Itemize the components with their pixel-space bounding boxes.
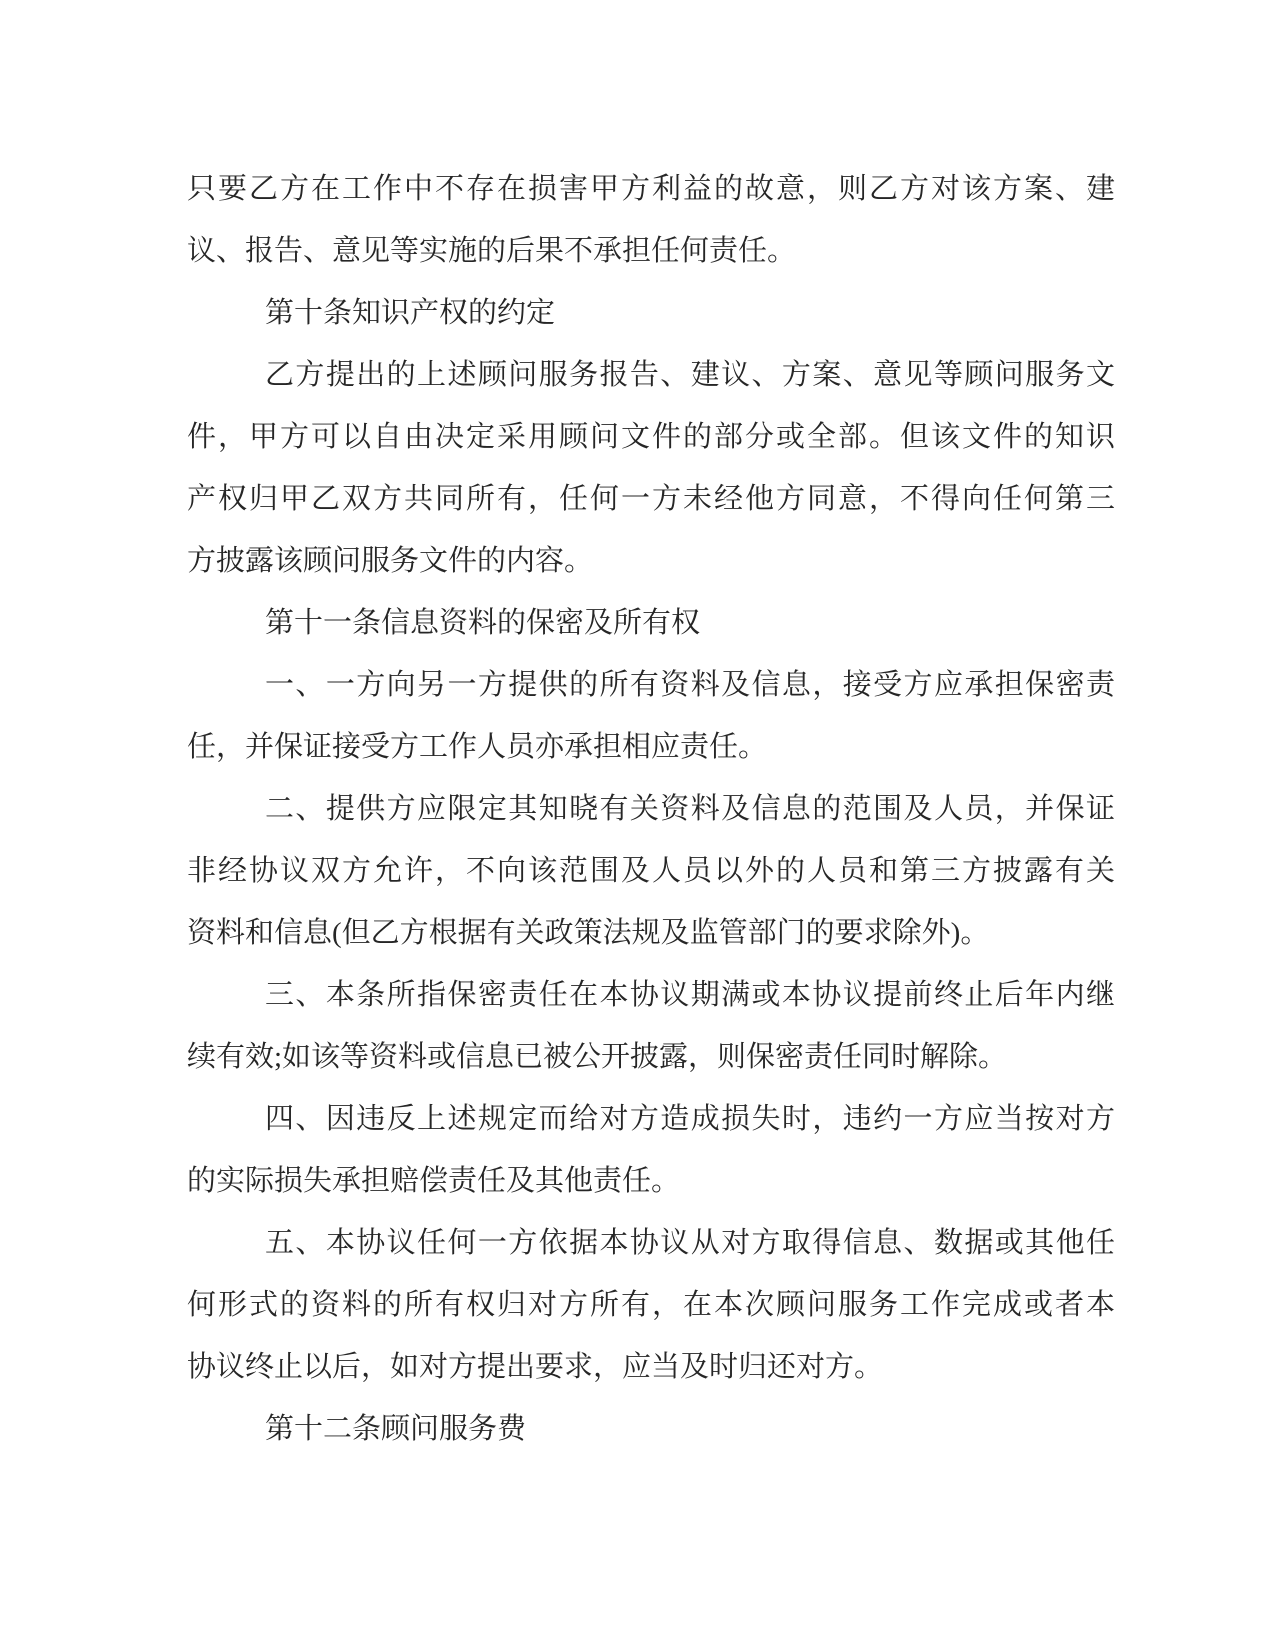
document-page: 只要乙方在工作中不存在损害甲方利益的故意，则乙方对该方案、建议、报告、意见等实施… — [0, 0, 1275, 1650]
text-line: 议、报告、意见等实施的后果不承担任何责任。 — [187, 220, 1115, 282]
text-line: 五、本协议任何一方依据本协议从对方取得信息、数据或其他任 — [187, 1212, 1115, 1274]
text-line: 资料和信息(但乙方根据有关政策法规及监管部门的要求除外)。 — [187, 902, 1115, 964]
text-line: 的实际损失承担赔偿责任及其他责任。 — [187, 1150, 1115, 1212]
text-line: 第十一条信息资料的保密及所有权 — [187, 592, 1115, 654]
text-line: 续有效;如该等资料或信息已被公开披露，则保密责任同时解除。 — [187, 1026, 1115, 1088]
document-body: 只要乙方在工作中不存在损害甲方利益的故意，则乙方对该方案、建议、报告、意见等实施… — [187, 158, 1115, 1460]
text-line: 二、提供方应限定其知晓有关资料及信息的范围及人员，并保证 — [187, 778, 1115, 840]
text-line: 一、一方向另一方提供的所有资料及信息，接受方应承担保密责 — [187, 654, 1115, 716]
text-line: 非经协议双方允许，不向该范围及人员以外的人员和第三方披露有关 — [187, 840, 1115, 902]
text-line: 件，甲方可以自由决定采用顾问文件的部分或全部。但该文件的知识 — [187, 406, 1115, 468]
text-line: 只要乙方在工作中不存在损害甲方利益的故意，则乙方对该方案、建 — [187, 158, 1115, 220]
text-line: 方披露该顾问服务文件的内容。 — [187, 530, 1115, 592]
text-line: 产权归甲乙双方共同所有，任何一方未经他方同意，不得向任何第三 — [187, 468, 1115, 530]
text-line: 乙方提出的上述顾问服务报告、建议、方案、意见等顾问服务文 — [187, 344, 1115, 406]
text-line: 四、因违反上述规定而给对方造成损失时，违约一方应当按对方 — [187, 1088, 1115, 1150]
text-line: 任，并保证接受方工作人员亦承担相应责任。 — [187, 716, 1115, 778]
text-line: 第十条知识产权的约定 — [187, 282, 1115, 344]
text-line: 协议终止以后，如对方提出要求，应当及时归还对方。 — [187, 1336, 1115, 1398]
text-line: 第十二条顾问服务费 — [187, 1398, 1115, 1460]
text-line: 何形式的资料的所有权归对方所有，在本次顾问服务工作完成或者本 — [187, 1274, 1115, 1336]
text-line: 三、本条所指保密责任在本协议期满或本协议提前终止后年内继 — [187, 964, 1115, 1026]
